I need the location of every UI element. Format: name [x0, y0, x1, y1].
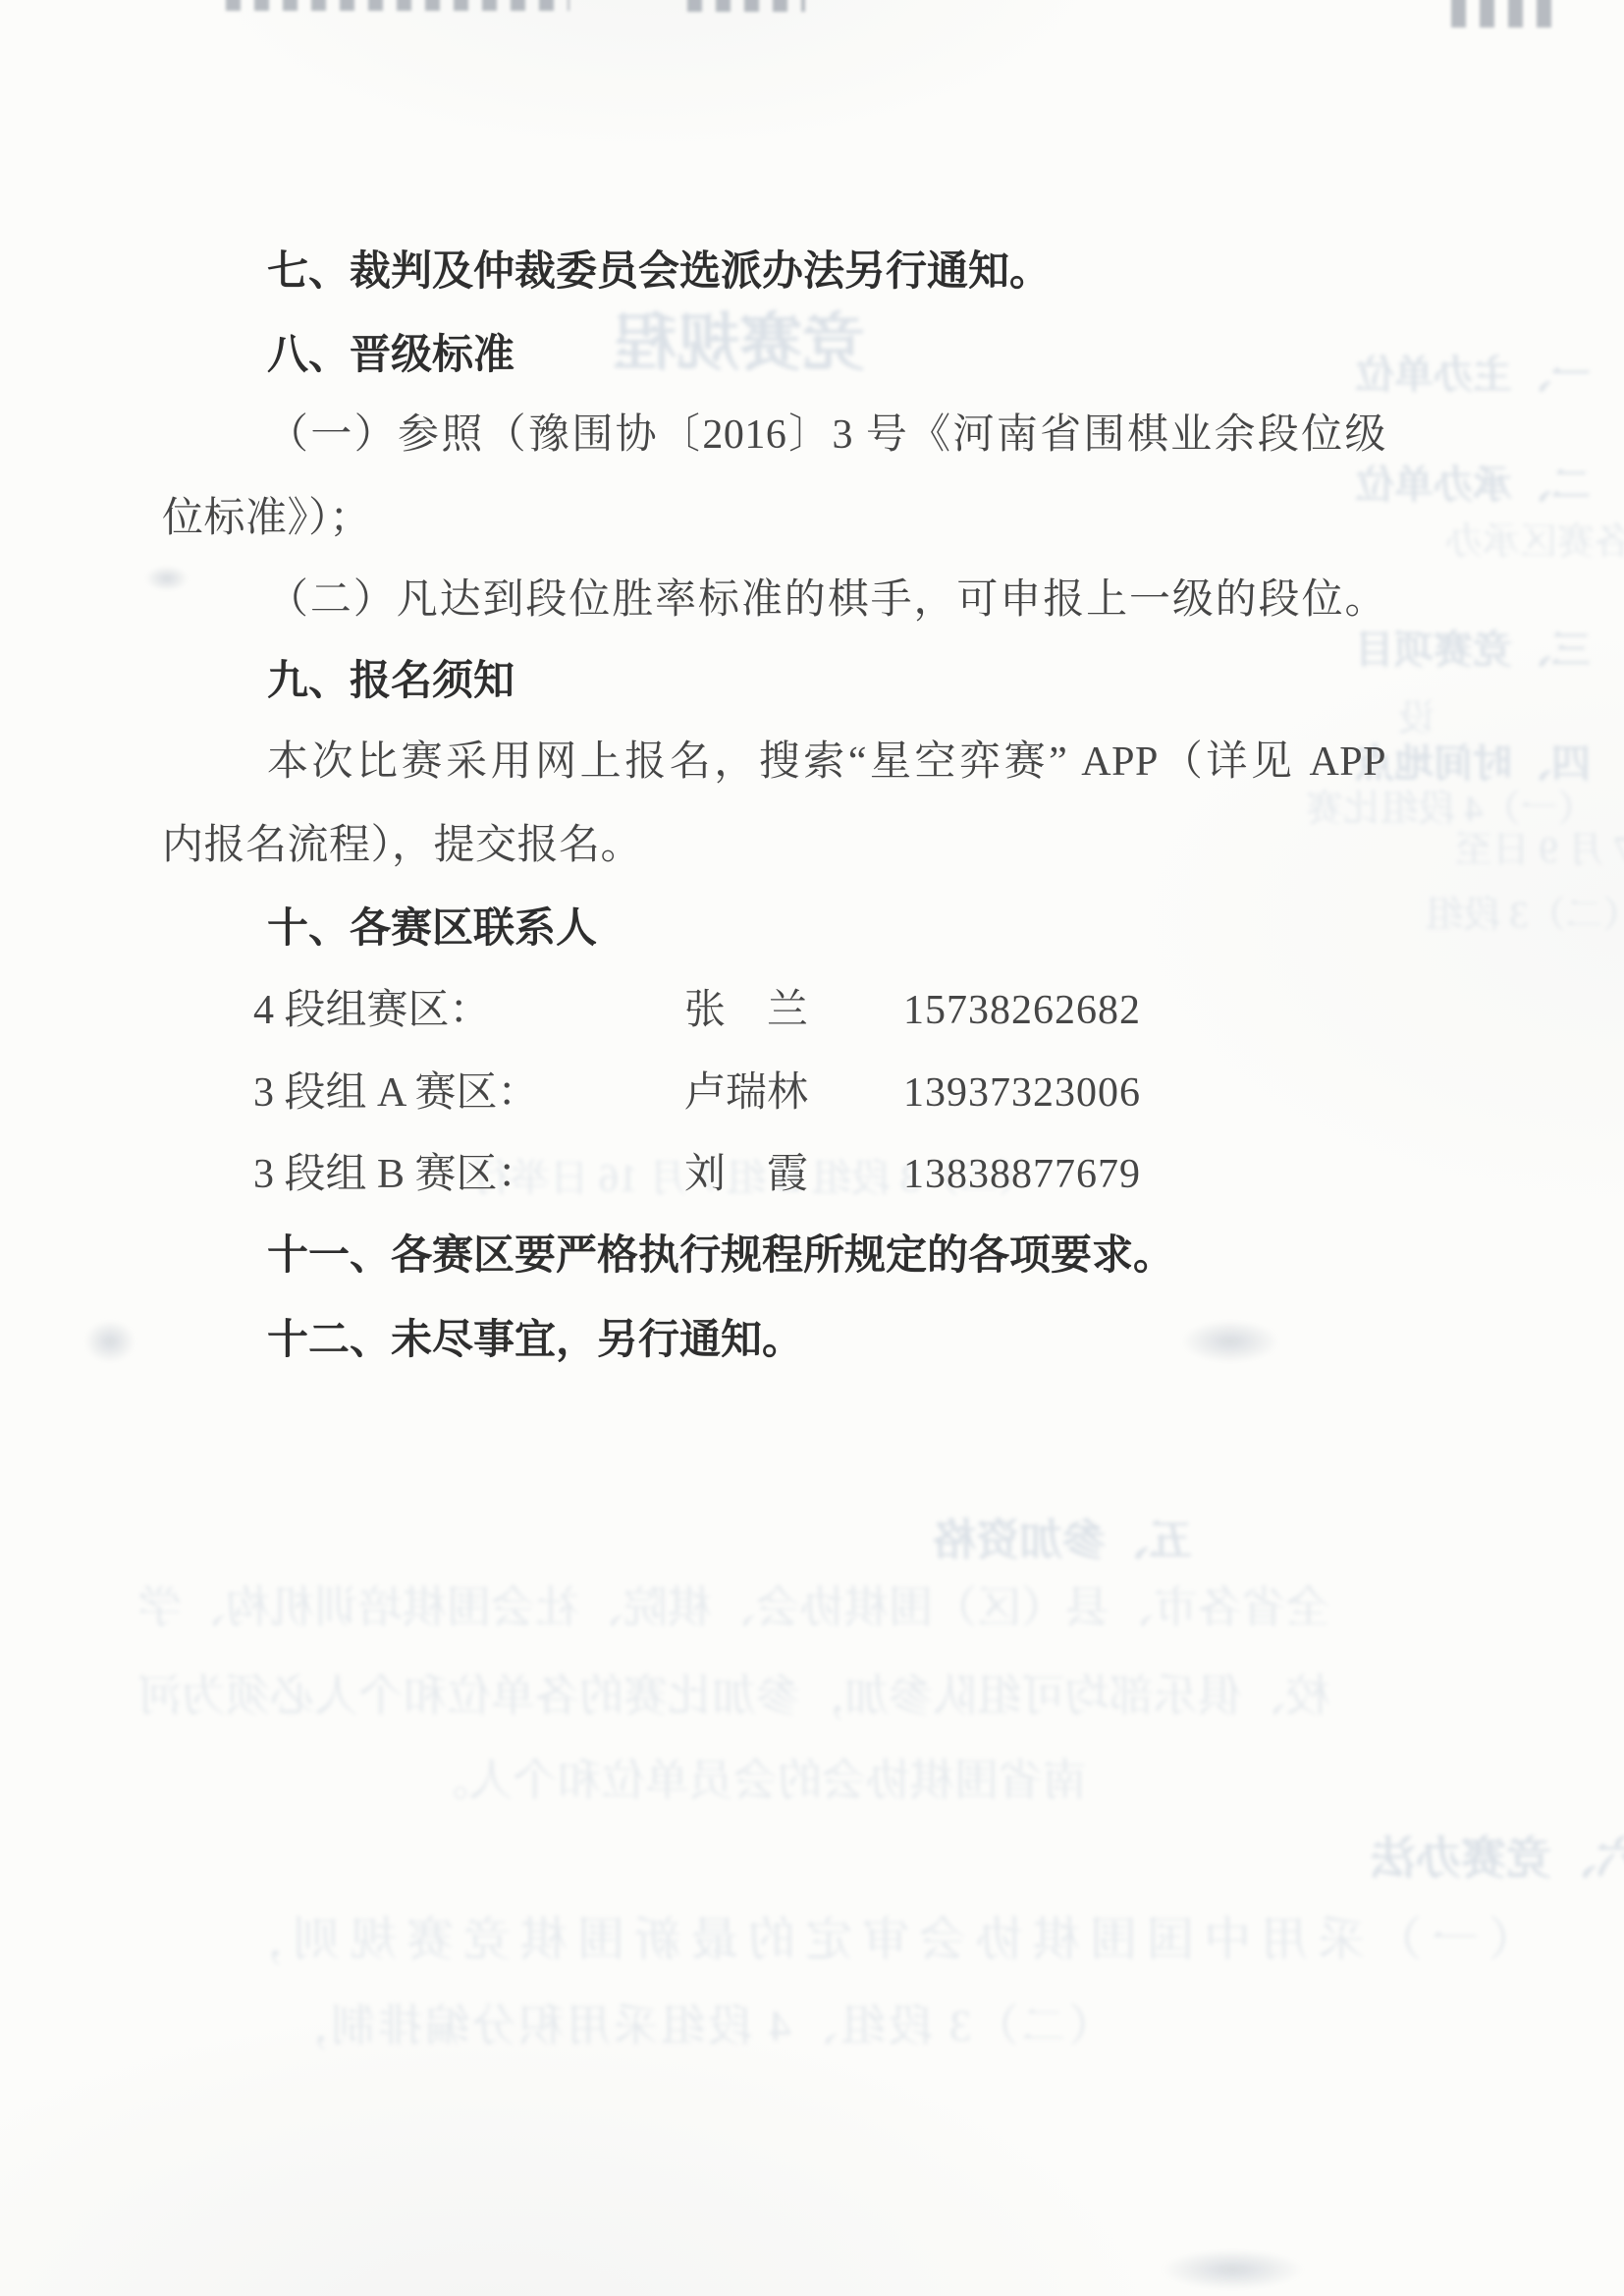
- bleed-through-text: 一、主办单位: [1355, 344, 1591, 400]
- section-10-contacts-heading: 十、各赛区联系人: [267, 902, 597, 954]
- section-12-misc-notice: 十二、未尽事宜，另行通知。: [267, 1314, 803, 1365]
- contact-phone-number: 13838877679: [903, 1149, 1141, 1200]
- contact-person-name: 刘 霞: [684, 1149, 808, 1200]
- clause-1-continuation: 位标准》）；: [162, 493, 371, 544]
- bleed-through-text: 校、俱乐部均可组队参加，参加比赛的各单位和个人必须为河: [137, 1660, 1330, 1723]
- section-8-promotion-standard-heading: 八、晋级标准: [267, 329, 514, 380]
- bleed-through-text: 六、竞赛办法: [1371, 1823, 1624, 1887]
- section-9-registration-heading: 九、报名须知: [267, 655, 514, 706]
- contact-zone-label: 3 段组 B 赛区：: [253, 1149, 539, 1200]
- bleed-through-text: （二）3 段组: [1426, 884, 1624, 938]
- bleed-smudge: [84, 1320, 135, 1363]
- bleed-through-text: （一）采用中国围棋协会审定的最新围棋竞赛规则，: [226, 1901, 1536, 1969]
- contact-person-name: 卢瑞林: [684, 1067, 808, 1119]
- bleed-through-text: 7 月 9 日至: [1455, 819, 1624, 873]
- contact-row: 3 段组 B 赛区： 刘 霞 13838877679: [0, 1149, 1624, 1200]
- bleed-through-text: 四、时间地点: [1355, 733, 1591, 789]
- bleed-smudge: [1181, 1320, 1279, 1363]
- bleed-through-text: 二、承办单位: [1355, 454, 1591, 510]
- bleed-through-text: 三、竞赛项目: [1355, 619, 1591, 675]
- contact-phone-number: 15738262682: [903, 985, 1141, 1036]
- clause-2-promotion-rule: （二）凡达到段位胜率标准的棋手，可申报上一级的段位。: [267, 574, 1386, 626]
- bleed-through-text: 各赛区承办: [1445, 511, 1624, 565]
- section-7-judges-notice: 七、裁判及仲裁委员会选派办法另行通知。: [267, 246, 1051, 297]
- bleed-fragment: [1451, 0, 1554, 27]
- bleed-through-text: 五、参加资格: [933, 1504, 1192, 1567]
- contact-zone-label: 3 段组 A 赛区：: [253, 1067, 539, 1119]
- bleed-fragment: [687, 0, 805, 12]
- scanned-document-page: 竞赛规程 一、主办单位 二、承办单位 各赛区承办 三、竞赛项目 设 四、时间地点…: [0, 0, 1624, 2296]
- bleed-through-text: （二）3 段组、4 段组采用积分编排制，: [281, 1990, 1113, 2053]
- contact-zone-label: 4 段组赛区：: [253, 985, 491, 1036]
- registration-continuation: 内报名流程），提交报名。: [162, 820, 642, 871]
- section-11-requirements: 十一、各赛区要严格执行规程所规定的各项要求。: [267, 1230, 1174, 1281]
- registration-paragraph: 本次比赛采用网上报名，搜索“星空弈赛” APP（详见 APP: [267, 737, 1386, 788]
- bleed-through-text: 南省围棋协会的会员单位和个人。: [424, 1744, 1087, 1808]
- bleed-smudge: [1162, 2249, 1304, 2290]
- contact-row: 3 段组 A 赛区： 卢瑞林 13937323006: [0, 1067, 1624, 1119]
- contact-person-name: 张 兰: [684, 985, 808, 1036]
- contact-phone-number: 13937323006: [903, 1067, 1141, 1119]
- bleed-through-text: 设: [1398, 687, 1435, 741]
- clause-1-reference: （一）参照（豫围协〔2016〕3 号《河南省围棋业余段位级: [267, 410, 1386, 461]
- bleed-smudge: [145, 566, 189, 591]
- bleed-through-text: 竞赛规程: [614, 293, 865, 383]
- bleed-fragment: [226, 0, 569, 11]
- contact-row: 4 段组赛区： 张 兰 15738262682: [0, 985, 1624, 1036]
- bleed-through-text: 全省各市、县（区）围棋协会、棋院、社会围棋培训机构、学: [137, 1571, 1330, 1635]
